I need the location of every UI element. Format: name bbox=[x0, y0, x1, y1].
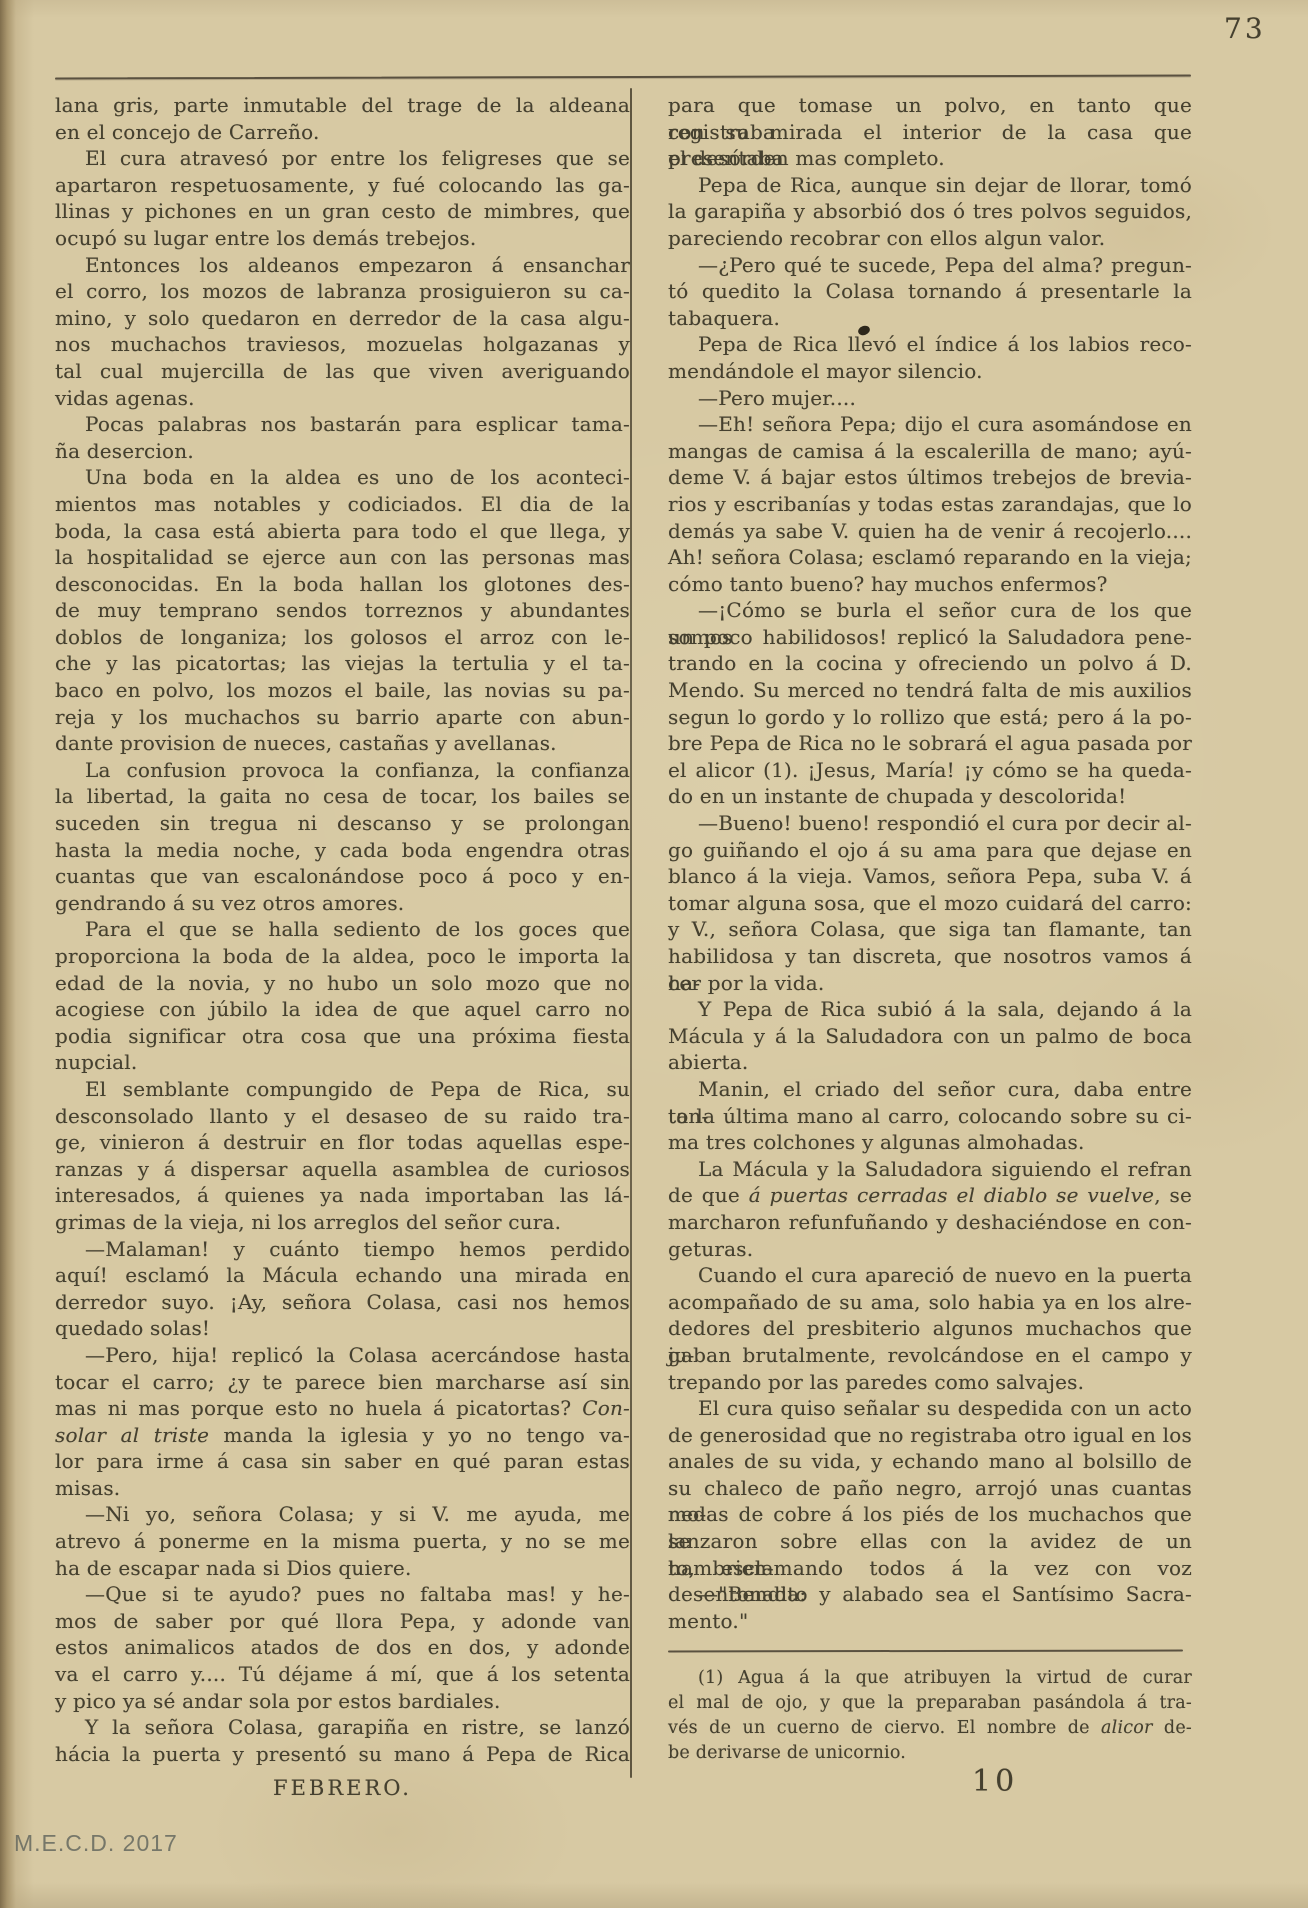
text-line: Mendo. Su merced no tendrá falta de mis … bbox=[668, 677, 1192, 704]
paragraph: Pepa de Rica, aunque sin dejar de llorar… bbox=[668, 172, 1192, 252]
text-line: che y las picatortas; las viejas la tert… bbox=[55, 650, 630, 677]
text-line: tal cual mujercilla de las que viven ave… bbox=[55, 358, 630, 385]
text-line: —Bueno! bueno! respondió el cura por dec… bbox=[668, 810, 1192, 837]
text-line: ma tres colchones y algunas almohadas. bbox=[668, 1129, 1192, 1156]
paragraph: para que tomase un polvo, en tanto que r… bbox=[668, 92, 1192, 172]
text-line: bre Pepa de Rica no le sobrará el agua p… bbox=[668, 730, 1192, 757]
text-line: mos de saber por qué llora Pepa, y adond… bbox=[55, 1608, 630, 1635]
text-line: lanzaron sobre ellas con la avidez de un… bbox=[668, 1528, 1192, 1555]
text-line: segun lo gordo y lo rollizo que está; pe… bbox=[668, 704, 1192, 731]
text-line: dante provision de nueces, castañas y av… bbox=[55, 730, 630, 757]
text-line: tó quedito la Colasa tornando á presenta… bbox=[668, 278, 1192, 305]
text-line: derredor suyo. ¡Ay, señora Colasa, casi … bbox=[55, 1289, 630, 1316]
text-line: —Ni yo, señora Colasa; y si V. me ayuda,… bbox=[55, 1501, 630, 1528]
text-line: deme V. á bajar estos últimos trebejos d… bbox=[668, 464, 1192, 491]
text-line: el alicor (1). ¡Jesus, María! ¡y cómo se… bbox=[668, 757, 1192, 784]
paragraph: La confusion provoca la confianza, la co… bbox=[55, 757, 630, 917]
text-line: habilidosa y tan discreta, que nosotros … bbox=[668, 943, 1192, 970]
paragraph: Entonces los aldeanos empezaron á ensanc… bbox=[55, 252, 630, 412]
text-line: llinas y pichones en un gran cesto de mi… bbox=[55, 198, 630, 225]
text-line: —Que si te ayudo? pues no faltaba mas! y… bbox=[55, 1581, 630, 1608]
paragraph: (1) Agua á la que atribuyen la virtud de… bbox=[668, 1666, 1192, 1766]
column-divider bbox=[630, 88, 632, 1778]
paragraph: —Bueno! bueno! respondió el cura por dec… bbox=[668, 810, 1192, 996]
text-line: edad de la novia, y no hubo un solo mozo… bbox=[55, 970, 630, 997]
paragraph: —Pero, hija! replicó la Colasa acercándo… bbox=[55, 1342, 630, 1502]
text-line: gendrando á su vez otros amores. bbox=[55, 890, 630, 917]
footnote-rule bbox=[668, 1650, 1183, 1653]
text-line: —¿Pero qué te sucede, Pepa del alma? pre… bbox=[668, 252, 1192, 279]
text-line: baco en polvo, los mozos el baile, las n… bbox=[55, 677, 630, 704]
text-line: cuantas que van escalonándose poco á poc… bbox=[55, 863, 630, 890]
footnote: (1) Agua á la que atribuyen la virtud de… bbox=[668, 1666, 1192, 1766]
text-line: cer por la vida. bbox=[668, 970, 1192, 997]
text-line: tocar el carro; ¿y te parece bien marcha… bbox=[55, 1369, 630, 1396]
scanned-book-page: { "style": { "paper": "#d7c9a3", "ink": … bbox=[0, 0, 1308, 1908]
text-line: mangas de camisa á la escalerilla de man… bbox=[668, 438, 1192, 465]
text-line: Y Pepa de Rica subió á la sala, dejando … bbox=[668, 996, 1192, 1023]
text-line: doblos de longaniza; los golosos el arro… bbox=[55, 624, 630, 651]
text-line: mas ni mas porque esto no huela á picato… bbox=[55, 1395, 630, 1422]
paragraph: Para el que se halla sediento de los goc… bbox=[55, 916, 630, 1076]
text-line: —Malaman! y cuánto tiempo hemos perdido bbox=[55, 1236, 630, 1263]
paragraph: El semblante compungido de Pepa de Rica,… bbox=[55, 1076, 630, 1236]
text-line: nos muchachos traviesos, mozuelas holgaz… bbox=[55, 331, 630, 358]
text-line: nedas de cobre á los piés de los muchach… bbox=[668, 1501, 1192, 1528]
paragraph: Cuando el cura apareció de nuevo en la p… bbox=[668, 1262, 1192, 1395]
text-line: dedores del presbiterio algunos muchacho… bbox=[668, 1315, 1192, 1342]
paragraph: La Mácula y la Saludadora siguiendo el r… bbox=[668, 1156, 1192, 1262]
text-line: Y la señora Colasa, garapiña en ristre, … bbox=[55, 1714, 630, 1741]
text-line: ña desercion. bbox=[55, 438, 630, 465]
text-line: El cura quiso señalar su despedida con u… bbox=[668, 1395, 1192, 1422]
paragraph: Una boda en la aldea es uno de los acont… bbox=[55, 464, 630, 757]
paragraph: —¿Pero qué te sucede, Pepa del alma? pre… bbox=[668, 252, 1192, 332]
text-line: marcharon refunfuñando y deshaciéndose e… bbox=[668, 1209, 1192, 1236]
paragraph: Manin, el criado del señor cura, daba en… bbox=[668, 1076, 1192, 1156]
text-line: geturas. bbox=[668, 1236, 1192, 1263]
text-line: y pico ya sé andar sola por estos bardia… bbox=[55, 1688, 630, 1715]
text-line: la hospitalidad se ejerce aun con las pe… bbox=[55, 544, 630, 571]
text-line: vidas agenas. bbox=[55, 385, 630, 412]
sheet-number: 10 bbox=[972, 1764, 1018, 1799]
text-line: la garapiña y absorbió dos ó tres polvos… bbox=[668, 198, 1192, 225]
text-line: el desórden mas completo. bbox=[668, 145, 1192, 172]
text-line: acogiese con júbilo la idea de que aquel… bbox=[55, 996, 630, 1023]
text-line: be derivarse de unicornio. bbox=[668, 1741, 1192, 1766]
text-line: ge, vinieron á destruir en flor todas aq… bbox=[55, 1129, 630, 1156]
text-line: el mal de ojo, y que la preparaban pasán… bbox=[668, 1691, 1192, 1716]
text-line: atrevo á ponerme en la misma puerta, y n… bbox=[55, 1528, 630, 1555]
text-line: acompañado de su ama, solo habia ya en l… bbox=[668, 1289, 1192, 1316]
text-line: do en un instante de chupada y descolori… bbox=[668, 783, 1192, 810]
text-line: reja y los muchachos su barrio aparte co… bbox=[55, 704, 630, 731]
text-line: anales de su vida, y echando mano al bol… bbox=[668, 1448, 1192, 1475]
left-column: lana gris, parte inmutable del trage de … bbox=[55, 92, 630, 1767]
text-line: el corro, los mozos de labranza prosigui… bbox=[55, 278, 630, 305]
text-line: boda, la casa está abierta para todo el … bbox=[55, 518, 630, 545]
text-line: quedado solas! bbox=[55, 1315, 630, 1342]
text-line: Pocas palabras nos bastarán para esplica… bbox=[55, 411, 630, 438]
text-line: con su mirada el interior de la casa que… bbox=[668, 119, 1192, 146]
paragraph: —¡Cómo se burla el señor cura de los que… bbox=[668, 597, 1192, 810]
paragraph: El cura quiso señalar su despedida con u… bbox=[668, 1395, 1192, 1581]
paragraph: —Eh! señora Pepa; dijo el cura asomándos… bbox=[668, 411, 1192, 597]
text-line: mento." bbox=[668, 1608, 1192, 1635]
text-line: Entonces los aldeanos empezaron á ensanc… bbox=[55, 252, 630, 279]
text-line: para que tomase un polvo, en tanto que r… bbox=[668, 92, 1192, 119]
text-line: —¡Cómo se burla el señor cura de los que… bbox=[668, 597, 1192, 624]
text-line: apartaron respetuosamente, y fué colocan… bbox=[55, 172, 630, 199]
right-column: para que tomase un polvo, en tanto que r… bbox=[668, 92, 1192, 1634]
paragraph: Pepa de Rica llevó el índice á los labio… bbox=[668, 331, 1192, 384]
text-line: su chaleco de paño negro, arrojó unas cu… bbox=[668, 1475, 1192, 1502]
text-line: Pepa de Rica llevó el índice á los labio… bbox=[668, 331, 1192, 358]
text-line: vés de un cuerno de ciervo. El nombre de… bbox=[668, 1716, 1192, 1741]
text-line: (1) Agua á la que atribuyen la virtud de… bbox=[668, 1666, 1192, 1691]
text-line: nupcial. bbox=[55, 1049, 630, 1076]
text-line: gaban brutalmente, revolcándose en el ca… bbox=[668, 1342, 1192, 1369]
text-line: grimas de la vieja, ni los arreglos del … bbox=[55, 1209, 630, 1236]
paragraph: Y Pepa de Rica subió á la sala, dejando … bbox=[668, 996, 1192, 1076]
text-line: cómo tanto bueno? hay muchos enfermos? bbox=[668, 571, 1192, 598]
text-line: de generosidad que no registraba otro ig… bbox=[668, 1422, 1192, 1449]
text-line: misas. bbox=[55, 1475, 630, 1502]
header-rule bbox=[55, 75, 1191, 80]
text-line: Mácula y á la Saludadora con un palmo de… bbox=[668, 1023, 1192, 1050]
text-line: ocupó su lugar entre los demás trebejos. bbox=[55, 225, 630, 252]
text-line: —Eh! señora Pepa; dijo el cura asomándos… bbox=[668, 411, 1192, 438]
text-line: en el concejo de Carreño. bbox=[55, 119, 630, 146]
paragraph: —Ni yo, señora Colasa; y si V. me ayuda,… bbox=[55, 1501, 630, 1581]
text-line: —Pero, hija! replicó la Colasa acercándo… bbox=[55, 1342, 630, 1369]
text-line: Manin, el criado del señor cura, daba en… bbox=[668, 1076, 1192, 1103]
text-line: trepando por las paredes como salvajes. bbox=[668, 1369, 1192, 1396]
text-line: abierta. bbox=[668, 1049, 1192, 1076]
text-line: Una boda en la aldea es uno de los acont… bbox=[55, 464, 630, 491]
text-line: mientos mas notables y codiciados. El di… bbox=[55, 491, 630, 518]
text-line: de que á puertas cerradas el diablo se v… bbox=[668, 1182, 1192, 1209]
archive-watermark: M.E.C.D. 2017 bbox=[14, 1830, 178, 1857]
text-line: ha de escapar nada si Dios quiere. bbox=[55, 1555, 630, 1582]
paragraph: —Que si te ayudo? pues no faltaba mas! y… bbox=[55, 1581, 630, 1714]
text-line: podia significar otra cosa que una próxi… bbox=[55, 1023, 630, 1050]
text-line: de muy temprano sendos torreznos y abund… bbox=[55, 597, 630, 624]
text-line: —"Bendito y alabado sea el Santísimo Sac… bbox=[668, 1581, 1192, 1608]
text-line: desconocidas. En la boda hallan los glot… bbox=[55, 571, 630, 598]
text-line: lana gris, parte inmutable del trage de … bbox=[55, 92, 630, 119]
text-line: El cura atravesó por entre los feligrese… bbox=[55, 145, 630, 172]
text-line: rios y escribanías y todas estas zaranda… bbox=[668, 491, 1192, 518]
text-line: desconsolado llanto y el desaseo de su r… bbox=[55, 1103, 630, 1130]
text-line: La Mácula y la Saludadora siguiendo el r… bbox=[668, 1156, 1192, 1183]
text-line: proporciona la boda de la aldea, poco le… bbox=[55, 943, 630, 970]
text-line: suceden sin tregua ni descanso y se prol… bbox=[55, 810, 630, 837]
text-line: Pepa de Rica, aunque sin dejar de llorar… bbox=[668, 172, 1192, 199]
text-line: aquí! esclamó la Mácula echando una mira… bbox=[55, 1262, 630, 1289]
text-line: to la última mano al carro, colocando so… bbox=[668, 1103, 1192, 1130]
text-line: La confusion provoca la confianza, la co… bbox=[55, 757, 630, 784]
text-line: El semblante compungido de Pepa de Rica,… bbox=[55, 1076, 630, 1103]
text-line: ranzas y á dispersar aquella asamblea de… bbox=[55, 1156, 630, 1183]
text-line: estos animalicos atados de dos en dos, y… bbox=[55, 1634, 630, 1661]
text-line: pareciendo recobrar con ellos algun valo… bbox=[668, 225, 1192, 252]
text-line: Para el que se halla sediento de los goc… bbox=[55, 916, 630, 943]
paragraph: —Malaman! y cuánto tiempo hemos perdidoa… bbox=[55, 1236, 630, 1342]
text-line: va el carro y.... Tú déjame á mí, que á … bbox=[55, 1661, 630, 1688]
paragraph: Pocas palabras nos bastarán para esplica… bbox=[55, 411, 630, 464]
paragraph: —"Bendito y alabado sea el Santísimo Sac… bbox=[668, 1581, 1192, 1634]
text-line: un poco habilidosos! replicó la Saludado… bbox=[668, 624, 1192, 651]
text-line: mino, y solo quedaron en derredor de la … bbox=[55, 305, 630, 332]
text-line: solar al triste manda la iglesia y yo no… bbox=[55, 1422, 630, 1449]
text-line: tabaquera. bbox=[668, 305, 1192, 332]
paragraph: lana gris, parte inmutable del trage de … bbox=[55, 92, 630, 145]
text-line: y V., señora Colasa, que siga tan flaman… bbox=[668, 916, 1192, 943]
text-line: to, esclamando todos á la vez con voz de… bbox=[668, 1555, 1192, 1582]
text-line: —Pero mujer.... bbox=[668, 385, 1192, 412]
text-line: hácia la puerta y presentó su mano á Pep… bbox=[55, 1741, 630, 1768]
paragraph: Y la señora Colasa, garapiña en ristre, … bbox=[55, 1714, 630, 1767]
text-line: Ah! señora Colasa; esclamó reparando en … bbox=[668, 544, 1192, 571]
text-line: hasta la media noche, y cada boda engend… bbox=[55, 837, 630, 864]
text-line: mendándole el mayor silencio. bbox=[668, 358, 1192, 385]
text-line: go guiñando el ojo á su ama para que dej… bbox=[668, 837, 1192, 864]
text-line: blanco á la vieja. Vamos, señora Pepa, s… bbox=[668, 863, 1192, 890]
text-line: Cuando el cura apareció de nuevo en la p… bbox=[668, 1262, 1192, 1289]
text-line: tomar alguna sosa, que el mozo cuidará d… bbox=[668, 890, 1192, 917]
paragraph: —Pero mujer.... bbox=[668, 385, 1192, 412]
page-number: 73 bbox=[1224, 12, 1266, 45]
signature-word: FEBRERO. bbox=[55, 1776, 630, 1800]
text-line: demás ya sabe V. quien ha de venir á rec… bbox=[668, 518, 1192, 545]
text-line: interesados, á quienes ya nada importaba… bbox=[55, 1182, 630, 1209]
text-line: trando en la cocina y ofreciendo un polv… bbox=[668, 650, 1192, 677]
text-line: lor para irme á casa sin saber en qué pa… bbox=[55, 1448, 630, 1475]
paragraph: El cura atravesó por entre los feligrese… bbox=[55, 145, 630, 251]
text-line: la libertad, la gaita no cesa de tocar, … bbox=[55, 783, 630, 810]
